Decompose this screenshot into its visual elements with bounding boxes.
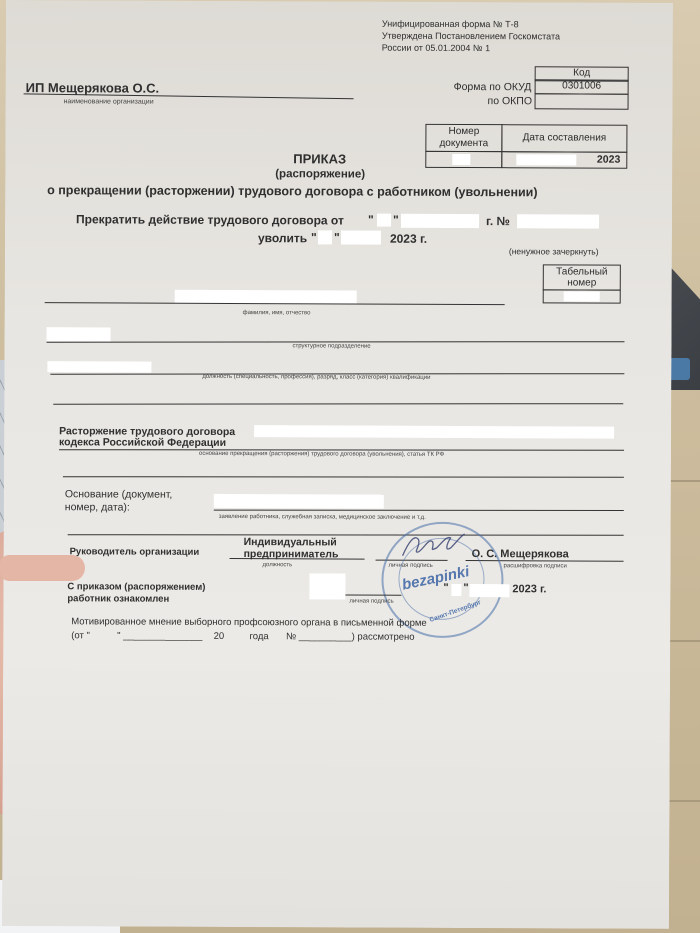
- union-century: 20: [214, 631, 225, 642]
- strike-note: (ненужное зачеркнуть): [509, 246, 599, 256]
- acknowledged-label-line1: С приказом (распоряжением): [67, 581, 205, 594]
- document-subject: о прекращении (расторжении) трудового до…: [47, 183, 537, 199]
- form-header: Унифицированная форма № Т-8 Утверждена П…: [382, 18, 560, 55]
- dismiss-year: 2023 г.: [390, 232, 427, 246]
- document-sheet: Унифицированная форма № Т-8 Утверждена П…: [2, 0, 673, 929]
- union-opinion-line2: (от " " _______________ 20 года № ______…: [71, 630, 414, 642]
- redacted-department: [47, 327, 111, 341]
- contract-number-label: г. №: [486, 214, 510, 228]
- document-title: ПРИКАЗ: [293, 151, 346, 166]
- okud-label: Форма по ОКУД: [454, 81, 532, 93]
- basis-label-line1: Основание (документ,: [65, 488, 173, 501]
- head-position: Индивидуальный предприниматель: [244, 536, 339, 560]
- redacted-ack-month: [469, 584, 509, 597]
- redacted-doc-number: [452, 154, 470, 165]
- acknowledged-label-line2: работник ознакомлен: [67, 593, 205, 606]
- basis-underline: [214, 510, 624, 511]
- redacted-employee-signature: [309, 573, 345, 599]
- acknowledged-quote-open: ": [443, 582, 448, 594]
- redacted-position: [47, 361, 151, 372]
- terminate-quote-close: ": [393, 213, 399, 227]
- dismiss-label: уволить: [258, 231, 307, 245]
- basis-label-line2: номер, дата):: [65, 501, 173, 514]
- grounds-label-line2: кодекса Российской Федерации: [59, 437, 235, 449]
- organization-caption: наименование организации: [64, 98, 154, 105]
- head-position-caption: должность: [263, 562, 293, 568]
- dismiss-quote-open: ": [311, 230, 317, 244]
- personnel-number-header: Табельный номер: [544, 266, 620, 288]
- grounds-extra-underline: [63, 476, 624, 477]
- union-number-blank: № __________) рассмотрено: [286, 631, 415, 643]
- union-from-label: (от ": [71, 630, 90, 641]
- position-caption: должность (специальность, профессия), ра…: [202, 374, 430, 381]
- okpo-value-cell: [535, 93, 629, 109]
- redacted-ack-day: [451, 584, 461, 596]
- doc-date-header-cell: Дата составления: [501, 124, 627, 153]
- personnel-number-header-cell: Табельный номер: [543, 264, 621, 290]
- union-month-blank: " _______________: [117, 630, 202, 641]
- form-header-line: Утверждена Постановлением Госкомстата: [382, 30, 560, 43]
- union-opinion-line1: Мотивированное мнение выборного профсоюз…: [71, 616, 426, 629]
- redacted-contract-month: [401, 214, 479, 228]
- acknowledged-label: С приказом (распоряжением) работник озна…: [67, 581, 205, 606]
- handwritten-signature: [399, 530, 469, 560]
- doc-number-header-cell: Номер документа: [425, 124, 502, 152]
- employee-signature-caption: личная подпись: [349, 599, 393, 605]
- grounds-caption: основание прекращения (расторжения) труд…: [199, 451, 444, 458]
- union-year-label: года: [249, 631, 268, 642]
- employee-name-caption: фамилия, имя, отчество: [243, 310, 311, 316]
- head-position-line1: Индивидуальный: [244, 536, 339, 548]
- basis-label: Основание (документ, номер, дата):: [65, 488, 173, 514]
- doc-number-header: Номер документа: [426, 126, 501, 150]
- acknowledged-quote-close: ": [463, 582, 468, 594]
- thumb: [0, 555, 85, 581]
- doc-number-value-cell: [425, 151, 502, 168]
- redacted-grounds: [254, 425, 614, 439]
- redacted-contract-number: [517, 214, 599, 228]
- doc-date-header: Дата составления: [523, 132, 607, 144]
- terminate-label: Прекратить действие трудового договора о…: [76, 212, 344, 227]
- form-header-line: России от 05.01.2004 № 1: [382, 42, 560, 55]
- document-subtitle: (распоряжение): [275, 168, 365, 180]
- grounds-label: Расторжение трудового договора кодекса Р…: [59, 426, 235, 449]
- doc-date-value-cell: 2023: [501, 151, 627, 169]
- redacted-contract-day: [377, 214, 391, 227]
- head-label: Руководитель организации: [70, 546, 200, 558]
- doc-date-year: 2023: [597, 154, 620, 166]
- redacted-personnel-number: [564, 291, 600, 301]
- okpo-label: по ОКПО: [488, 95, 533, 107]
- department-caption: структурное подразделение: [292, 343, 370, 349]
- form-header-line: Унифицированная форма № Т-8: [382, 18, 560, 31]
- redacted-dismiss-month: [341, 230, 381, 244]
- personnel-number-value-cell: [543, 289, 621, 303]
- position-extra-underline: [53, 403, 623, 404]
- okud-value: 0301006: [562, 80, 601, 91]
- redacted-doc-date: [516, 154, 576, 165]
- basis-extra-underline: [68, 534, 624, 535]
- basis-caption: заявление работника, служебная записка, …: [219, 514, 426, 521]
- employee-name-underline: [45, 302, 505, 305]
- redacted-dismiss-day: [318, 230, 332, 244]
- redacted-basis: [214, 494, 384, 509]
- code-header: Код: [573, 67, 590, 78]
- acknowledged-year: 2023 г.: [512, 583, 546, 595]
- employee-signature-underline: [345, 594, 401, 595]
- head-name-caption: расшифровка подписи: [504, 563, 567, 569]
- terminate-quote-open: ": [368, 213, 374, 227]
- dismiss-quote-close: ": [334, 230, 340, 244]
